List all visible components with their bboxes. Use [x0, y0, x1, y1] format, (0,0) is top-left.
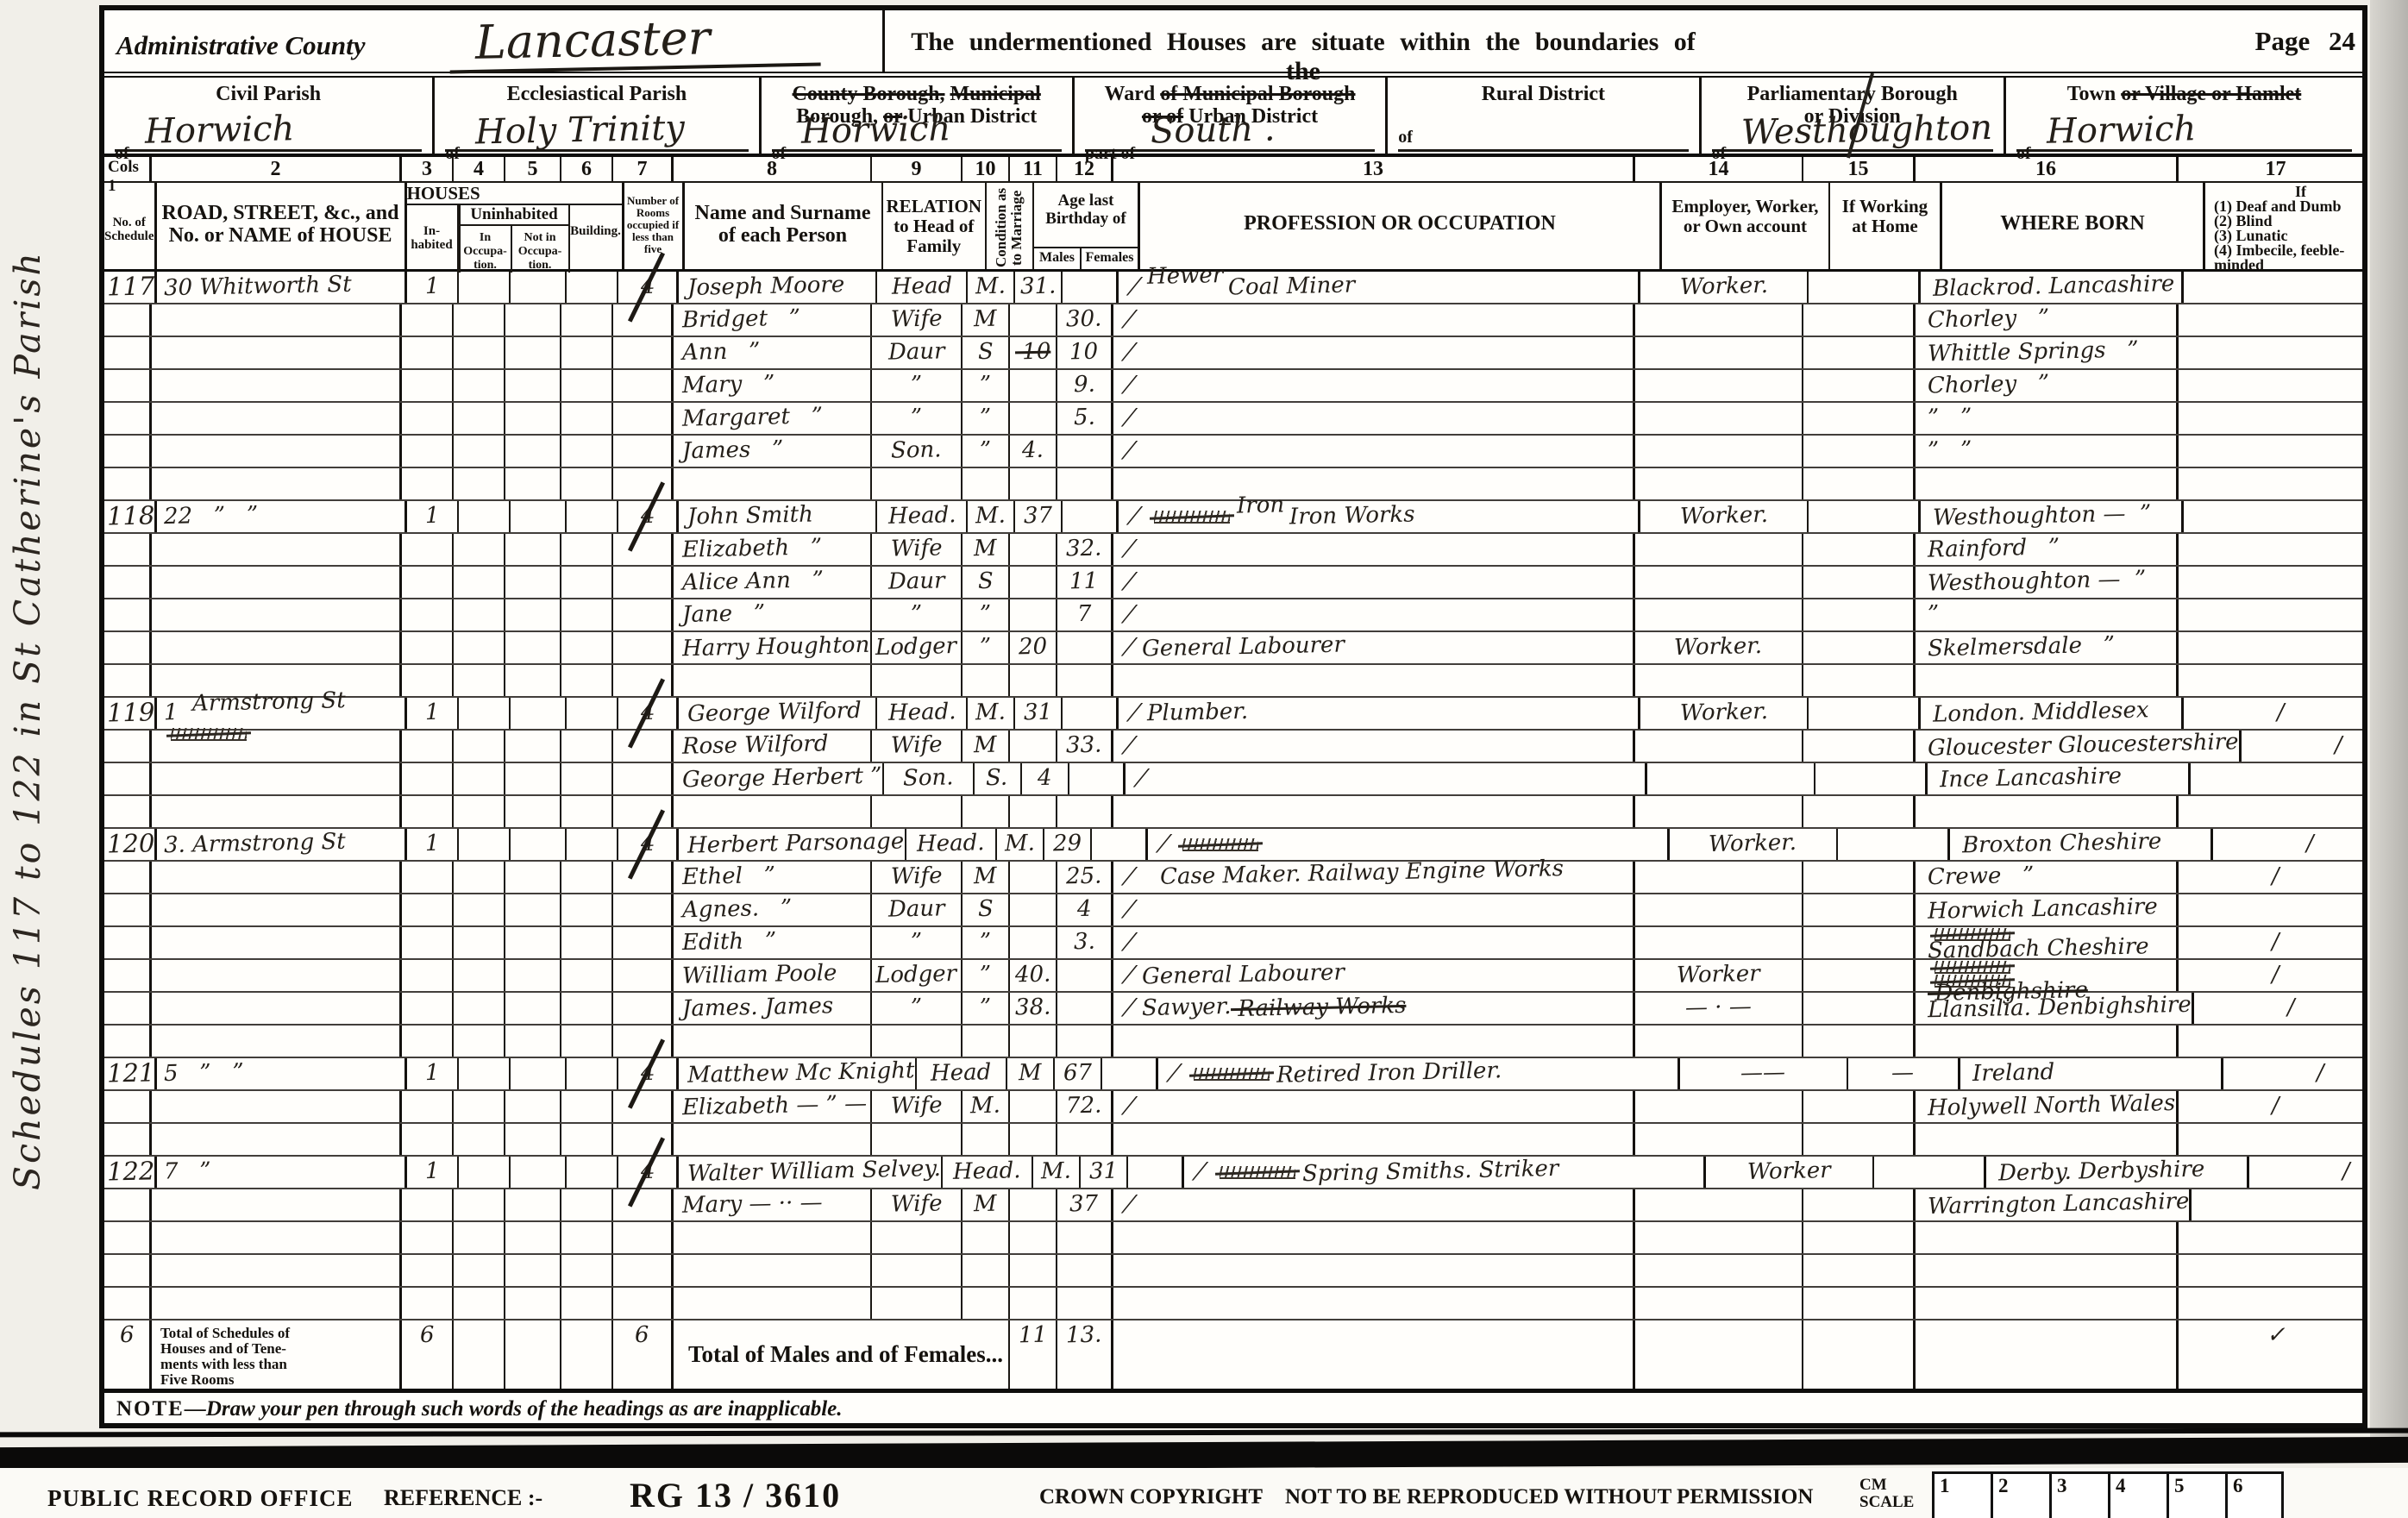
cell-at-home: [1803, 337, 1916, 368]
cell-not-in-occupation: [505, 894, 561, 925]
cell-age-male: 4: [1022, 763, 1069, 794]
cell-employer: [1635, 1222, 1803, 1253]
cell-infirmity: [2179, 1222, 2373, 1253]
cell-occupation: /Spring Smiths. Striker: [1184, 1157, 1706, 1188]
cell-rooms: 4: [618, 829, 679, 860]
cell-age-male: [1010, 1091, 1057, 1122]
cell-employer: [1635, 796, 1803, 827]
form-note-label: NOTE: [116, 1397, 185, 1421]
cell-not-in-occupation: [505, 1255, 561, 1286]
totals-males: 11: [1010, 1320, 1057, 1389]
cell-inhabited: [402, 894, 454, 925]
cell-person-name: George Herbert ”: [674, 763, 884, 794]
cell-relation: Wife: [872, 534, 963, 565]
person-row: Bridget ”WifeM30./Chorley ”: [104, 304, 2362, 337]
cell-infirmity: /: [2179, 927, 2373, 958]
cell-age-female: [1063, 272, 1119, 303]
column-number: 16: [1916, 157, 2179, 181]
reference-label: REFERENCE :-: [384, 1485, 542, 1511]
cell-occupation: /: [1113, 337, 1635, 368]
cell-condition: M.: [1033, 1157, 1081, 1188]
cell-where-born: Westhoughton — ”: [1916, 567, 2179, 598]
cell-building: [561, 403, 613, 434]
cell-at-home: [1809, 501, 1921, 532]
cell-relation: Head.: [943, 1157, 1033, 1188]
cell-infirmity: [2179, 534, 2373, 565]
cell-condition: ”: [963, 599, 1010, 630]
cell-inhabited: [402, 1189, 454, 1220]
cell-where-born: [1916, 796, 2179, 827]
cell-condition: M: [963, 304, 1010, 336]
cell-where-born: ”: [1916, 599, 2179, 630]
cell-relation: Wife: [872, 1189, 963, 1220]
column-number: 13: [1113, 157, 1635, 181]
cell-building: [561, 304, 613, 336]
cell-person-name: Mary ”: [674, 370, 872, 401]
person-row: 1191 Armstrong St14George WilfordHead.M.…: [104, 698, 2362, 731]
cell-not-in-occupation: [511, 1058, 567, 1089]
district-box-value-line: of: [1398, 114, 1688, 152]
cell-occupation: /: [1113, 894, 1635, 925]
cell-age-female: [1057, 796, 1113, 827]
person-row: Rose WilfordWifeM33./Gloucester Gloucest…: [104, 731, 2362, 763]
cell-occupation: /Sawyer. Railway Works: [1113, 993, 1635, 1024]
cell-address: [152, 599, 402, 630]
cell-relation: Son.: [884, 763, 975, 794]
person-row: Elizabeth — ” —WifeM.72./Holywell North …: [104, 1091, 2362, 1124]
cell-schedule-number: 120: [104, 829, 157, 860]
cell-in-occupation: [454, 370, 505, 401]
cell-age-male: [1010, 1255, 1057, 1286]
person-row: 11730 Whitworth St14Joseph MooreHeadM.31…: [104, 272, 2362, 304]
column-number: 2: [152, 157, 402, 181]
cell-rooms: [613, 436, 674, 467]
cell-not-in-occupation: [505, 796, 561, 827]
cell-person-name: James ”: [674, 436, 872, 467]
cell-age-male: [1010, 894, 1057, 925]
cell-age-male: 10: [1010, 337, 1057, 368]
cell-building: [561, 927, 613, 958]
totals-empty-7: [1916, 1320, 2179, 1389]
cell-age-male: [1010, 731, 1057, 762]
cell-not-in-occupation: [505, 731, 561, 762]
cell-age-female: 72.: [1057, 1091, 1113, 1122]
column-number: 15: [1803, 157, 1916, 181]
cell-occupation: /IronIron Works: [1119, 501, 1640, 532]
col-header-in-occupation: In Occupa-tion.: [461, 226, 512, 273]
cell-schedule-number: 117: [104, 272, 157, 303]
cell-employer: [1647, 763, 1815, 794]
cell-relation: Head.: [906, 829, 997, 860]
cell-person-name: Edith ”: [674, 927, 872, 958]
cell-address: [152, 567, 402, 598]
district-box-value-line: ofWesthoughton: [1712, 114, 1993, 152]
cell-at-home: [1803, 1189, 1916, 1220]
cell-rooms: [613, 599, 674, 630]
reference-number: RG 13 / 3610: [630, 1475, 841, 1515]
cell-infirmity: [2179, 304, 2373, 336]
cell-person-name: William Poole: [674, 960, 872, 991]
cell-not-in-occupation: [505, 337, 561, 368]
cell-relation: Head.: [877, 698, 968, 729]
cell-where-born: [1916, 1124, 2179, 1155]
cell-employer: Worker.: [1640, 698, 1809, 729]
cell-where-born: Broxton Cheshire: [1950, 829, 2213, 860]
cell-age-female: 5.: [1057, 403, 1113, 434]
cell-building: [561, 862, 613, 893]
cell-where-born: Skelmersdale ”: [1916, 632, 2179, 663]
cell-rooms: 4: [618, 1058, 679, 1089]
cell-age-male: [1010, 796, 1057, 827]
cell-infirmity: [2179, 599, 2373, 630]
cell-person-name: [674, 1222, 872, 1253]
cell-not-in-occupation: [505, 1222, 561, 1253]
blank-row: [104, 1255, 2362, 1288]
cell-occupation: [1113, 1222, 1635, 1253]
cell-address: [152, 731, 402, 762]
cell-schedule-number: [104, 1091, 152, 1122]
cell-where-born: Blackrod. Lancashire: [1921, 272, 2184, 303]
cell-address: [152, 960, 402, 991]
blank-row: [104, 1026, 2362, 1058]
cell-not-in-occupation: [505, 1288, 561, 1319]
blank-row: [104, 665, 2362, 698]
person-row: George Herbert ”Son.S.4/Ince Lancashire: [104, 763, 2362, 796]
person-row: James. James””38./Sawyer. Railway Works—…: [104, 993, 2362, 1026]
col-header-condition: Condition as to Marriage: [987, 183, 1034, 269]
scan-right-edge: [2370, 0, 2408, 1442]
cell-not-in-occupation: [511, 829, 567, 860]
cell-condition: M.: [997, 829, 1044, 860]
cell-occupation: /: [1113, 370, 1635, 401]
totals-empty-5: [1635, 1320, 1803, 1389]
cell-at-home: [1815, 763, 1928, 794]
cell-at-home: [1803, 862, 1916, 893]
col-header-schedule: No. of Schedule: [104, 183, 157, 269]
cell-age-male: [1010, 468, 1057, 499]
census-scan-page: Schedules 117 to 122 in St Catherine's P…: [0, 0, 2408, 1518]
cell-address: [152, 1222, 402, 1253]
totals-check-mark: ✓: [2179, 1320, 2373, 1389]
cell-age-female: 4: [1057, 894, 1113, 925]
cell-at-home: [1803, 1091, 1916, 1122]
cell-not-in-occupation: [505, 1124, 561, 1155]
cell-schedule-number: [104, 665, 152, 696]
cell-at-home: [1803, 370, 1916, 401]
cell-age-male: [1010, 862, 1057, 893]
cell-schedule-number: [104, 337, 152, 368]
cell-infirmity: /: [2184, 698, 2378, 729]
cell-employer: [1635, 436, 1803, 467]
cell-address: 3. Armstrong St: [157, 829, 407, 860]
cell-employer: Worker.: [1640, 272, 1809, 303]
cell-relation: Wife: [872, 731, 963, 762]
cell-building: [561, 599, 613, 630]
cell-in-occupation: [454, 763, 505, 794]
column-headers: No. of Schedule ROAD, STREET, &c., and N…: [104, 183, 2362, 272]
copyright-separator: -: [1255, 1485, 1262, 1509]
cell-employer: — · —: [1635, 993, 1803, 1024]
cell-infirmity: [2179, 1124, 2373, 1155]
cell-in-occupation: [454, 1222, 505, 1253]
cell-occupation: /: [1113, 567, 1635, 598]
cell-rooms: [613, 763, 674, 794]
totals-row: 6 Total of Schedules ofHouses and of Ten…: [104, 1320, 2362, 1393]
cell-relation: Daur: [872, 337, 963, 368]
cell-building: [567, 501, 618, 532]
cell-inhabited: 1: [407, 698, 459, 729]
cell-schedule-number: [104, 960, 152, 991]
cell-building: [567, 829, 618, 860]
cell-in-occupation: [459, 272, 511, 303]
cell-schedule-number: [104, 1124, 152, 1155]
cell-condition: [963, 665, 1010, 696]
cell-age-female: 25.: [1057, 862, 1113, 893]
person-row: William PooleLodger”40./General Labourer…: [104, 960, 2362, 993]
cell-age-female: [1057, 993, 1113, 1024]
cell-rooms: [613, 960, 674, 991]
cell-at-home: [1874, 1157, 1986, 1188]
cell-condition: M: [963, 534, 1010, 565]
cell-relation: Wife: [872, 304, 963, 336]
cell-person-name: [674, 468, 872, 499]
cell-condition: M: [963, 862, 1010, 893]
cell-inhabited: [402, 599, 454, 630]
cell-rooms: [613, 862, 674, 893]
cell-not-in-occupation: [505, 632, 561, 663]
cell-employer: [1635, 927, 1803, 958]
cell-address: 22 ” ”: [157, 501, 407, 532]
cell-occupation: /: [1113, 862, 1635, 893]
form-note-text: —Draw your pen through such words of the…: [185, 1397, 843, 1421]
cell-inhabited: [402, 862, 454, 893]
cell-employer: [1635, 665, 1803, 696]
cell-where-born: Chorley ”: [1916, 304, 2179, 336]
column-number: 17: [2179, 157, 2373, 181]
cell-where-born: [1916, 1222, 2179, 1253]
cell-age-female: [1057, 632, 1113, 663]
cell-person-name: James. James: [674, 993, 872, 1024]
cell-age-female: 32.: [1057, 534, 1113, 565]
cell-not-in-occupation: [511, 698, 567, 729]
cell-where-born: Sandbach Cheshire: [1916, 927, 2179, 958]
cell-at-home: [1803, 599, 1916, 630]
cell-occupation: /Retired Iron Driller.: [1158, 1058, 1680, 1089]
cell-schedule-number: [104, 894, 152, 925]
cell-condition: ”: [963, 370, 1010, 401]
cell-in-occupation: [454, 304, 505, 336]
cell-where-born: Gloucester Gloucestershire: [1916, 731, 2242, 762]
cell-address: [152, 1288, 402, 1319]
cell-age-female: [1057, 436, 1113, 467]
cell-inhabited: [402, 1288, 454, 1319]
cell-occupation: /Case Maker. Railway Engine Works: [1148, 829, 1670, 860]
cell-occupation: /HewerCoal Miner: [1119, 272, 1640, 303]
cell-age-female: 37: [1057, 1189, 1113, 1220]
cell-infirmity: [2179, 468, 2373, 499]
cell-relation: ”: [872, 370, 963, 401]
cell-schedule-number: [104, 468, 152, 499]
cell-at-home: —: [1848, 1058, 1960, 1089]
cell-infirmity: [2179, 370, 2373, 401]
cell-rooms: [613, 370, 674, 401]
cell-age-male: [1010, 1288, 1057, 1319]
cell-age-male: 67: [1055, 1058, 1102, 1089]
cell-occupation: [1113, 468, 1635, 499]
cell-where-born: [1916, 665, 2179, 696]
cell-schedule-number: 121: [104, 1058, 157, 1089]
cell-infirmity: [2184, 272, 2378, 303]
cell-inhabited: [402, 403, 454, 434]
cell-condition: [963, 468, 1010, 499]
cell-where-born: London. Middlesex: [1921, 698, 2184, 729]
cell-occupation: [1113, 1026, 1635, 1057]
cell-at-home: [1803, 1222, 1916, 1253]
cell-at-home: [1803, 1288, 1916, 1319]
cell-rooms: [613, 993, 674, 1024]
cell-not-in-occupation: [505, 862, 561, 893]
person-row: Agnes. ”DaurS4/Horwich Lancashire: [104, 894, 2362, 927]
column-number: 4: [454, 157, 505, 181]
col-header-employer: Employer, Worker, or Own account: [1662, 183, 1830, 269]
cell-age-female: [1057, 1255, 1113, 1286]
cell-not-in-occupation: [511, 272, 567, 303]
cell-employer: [1635, 862, 1803, 893]
col-header-where-born: WHERE BORN: [1942, 183, 2205, 269]
cell-condition: ”: [963, 436, 1010, 467]
cell-address: [152, 403, 402, 434]
cell-occupation: [1113, 1255, 1635, 1286]
district-box-label: Ward of Municipal Borough: [1075, 83, 1385, 105]
cell-age-female: [1057, 468, 1113, 499]
district-box-civil-parish: Civil ParishofHorwich: [104, 78, 435, 154]
cell-schedule-number: [104, 436, 152, 467]
cell-condition: [963, 796, 1010, 827]
scale-cell: 6: [2225, 1471, 2284, 1518]
page-number: Page 24: [2255, 26, 2355, 57]
cell-age-male: [1010, 599, 1057, 630]
scale-cell: 1: [1932, 1471, 1991, 1518]
cell-schedule-number: 122: [104, 1157, 157, 1188]
cell-address: [152, 632, 402, 663]
cell-in-occupation: [454, 796, 505, 827]
cell-infirmity: [2179, 337, 2373, 368]
cell-building: [561, 1091, 613, 1122]
cell-relation: [872, 1255, 963, 1286]
person-row: Mary — ·· —WifeM37/Warrington Lancashire: [104, 1189, 2362, 1222]
cell-building: [561, 1026, 613, 1057]
cell-age-female: [1069, 763, 1126, 794]
cell-relation: [872, 796, 963, 827]
cell-not-in-occupation: [505, 1026, 561, 1057]
cell-building: [567, 1157, 618, 1188]
cell-schedule-number: [104, 1288, 152, 1319]
cell-occupation: /: [1113, 731, 1635, 762]
cell-infirmity: [2179, 894, 2373, 925]
cell-age-male: [1010, 927, 1057, 958]
cell-age-female: [1057, 665, 1113, 696]
cell-not-in-occupation: [505, 993, 561, 1024]
cell-rooms: [613, 304, 674, 336]
blank-row: [104, 796, 2362, 829]
cell-person-name: Elizabeth — ” —: [674, 1091, 872, 1122]
cell-relation: Head.: [877, 501, 968, 532]
cell-employer: [1635, 1255, 1803, 1286]
cell-inhabited: [402, 1222, 454, 1253]
cell-rooms: [613, 1222, 674, 1253]
cell-not-in-occupation: [505, 403, 561, 434]
cell-relation: [872, 1222, 963, 1253]
cell-employer: [1635, 894, 1803, 925]
totals-empty-1: [454, 1320, 505, 1389]
district-boxes: Civil ParishofHorwichEcclesiastical Pari…: [104, 78, 2362, 157]
cell-building: [561, 796, 613, 827]
cell-inhabited: [402, 731, 454, 762]
cell-person-name: Harry Houghton: [674, 632, 872, 663]
cell-building: [561, 1222, 613, 1253]
cell-age-female: [1128, 1157, 1184, 1188]
totals-males-females-label: Total of Males and of Females...: [674, 1320, 1010, 1389]
cell-schedule-number: [104, 1222, 152, 1253]
cell-where-born: [1916, 1255, 2179, 1286]
blank-row: [104, 1124, 2362, 1157]
form-note: NOTE—Draw your pen through such words of…: [104, 1393, 2362, 1426]
cell-building: [561, 534, 613, 565]
cell-age-male: 40.: [1010, 960, 1057, 991]
cell-infirmity: [2191, 763, 2385, 794]
district-box-county-borough: County Borough, MunicipalBorough, or Urb…: [762, 78, 1075, 154]
cell-at-home: [1803, 927, 1916, 958]
cell-in-occupation: [459, 698, 511, 729]
cell-inhabited: [402, 304, 454, 336]
cell-not-in-occupation: [511, 1157, 567, 1188]
admin-county-box: Administrative County Lancaster: [104, 10, 885, 72]
cell-inhabited: [402, 960, 454, 991]
cell-not-in-occupation: [505, 927, 561, 958]
cell-infirmity: [2179, 567, 2373, 598]
cell-building: [561, 763, 613, 794]
cell-building: [561, 993, 613, 1024]
cell-person-name: [674, 1288, 872, 1319]
cell-employer: [1635, 304, 1803, 336]
cell-employer: [1635, 403, 1803, 434]
cell-address: [152, 370, 402, 401]
cell-in-occupation: [454, 599, 505, 630]
cell-address: [152, 534, 402, 565]
scale-cell: 2: [1991, 1471, 2049, 1518]
cell-person-name: [674, 1124, 872, 1155]
cell-rooms: [613, 632, 674, 663]
cell-age-female: [1057, 1222, 1113, 1253]
column-number: 9: [872, 157, 963, 181]
cell-address: 7 ”: [157, 1157, 407, 1188]
cell-relation: [872, 468, 963, 499]
cell-schedule-number: [104, 567, 152, 598]
cell-where-born: Chorley ”: [1916, 370, 2179, 401]
cell-occupation: /: [1113, 304, 1635, 336]
cell-rooms: [613, 1091, 674, 1122]
cell-in-occupation: [454, 567, 505, 598]
cell-where-born: Crewe ”: [1916, 862, 2179, 893]
cell-employer: Worker: [1706, 1157, 1874, 1188]
cell-employer: Worker.: [1635, 632, 1803, 663]
totals-label-line: Total of Schedules of: [160, 1326, 398, 1341]
cell-where-born: Denbighshire: [1916, 960, 2179, 991]
cell-rooms: [613, 1255, 674, 1286]
cell-employer: [1635, 731, 1803, 762]
cell-address: [152, 1091, 402, 1122]
cell-in-occupation: [454, 1091, 505, 1122]
